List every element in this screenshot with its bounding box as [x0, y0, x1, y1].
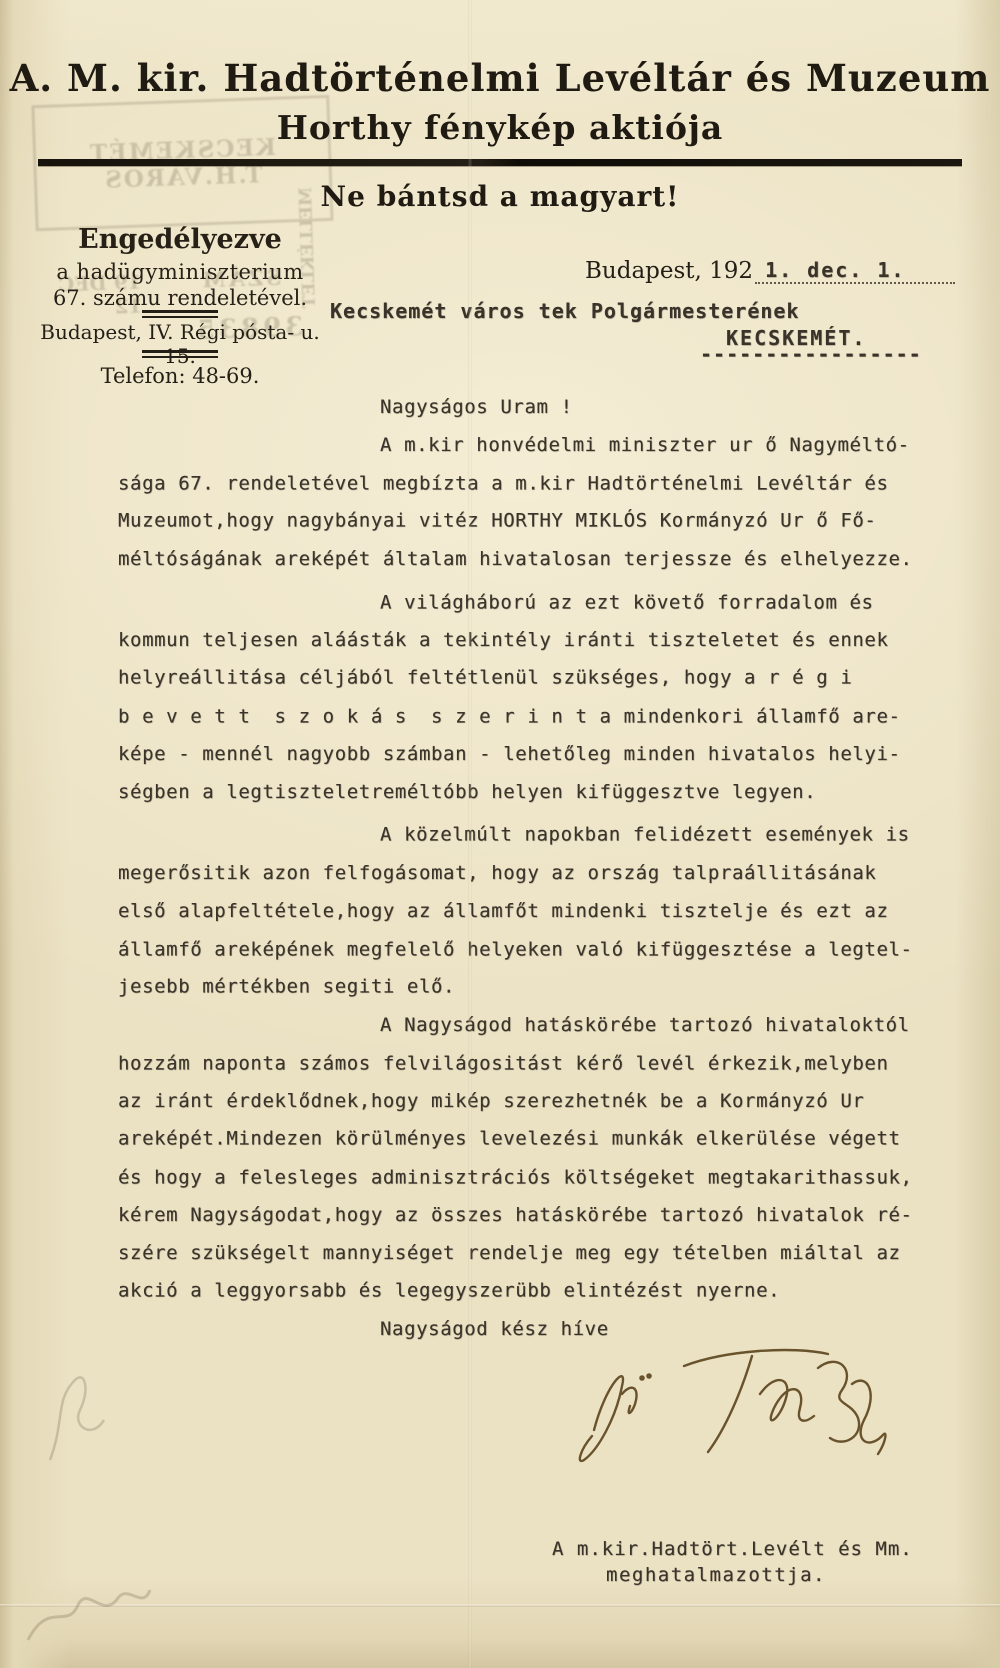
body-line: helyreállitása céljából feltétlenül szük…: [118, 659, 918, 697]
signature-caption-org: A m.kir.Hadtört.Levélt és Mm.: [552, 1538, 913, 1560]
body-line: első alapfeltétele,hogy az államfőt mind…: [118, 892, 918, 930]
body-line: megerősitik azon felfogásomat, hogy az o…: [118, 854, 918, 892]
body-line: A világháború az ezt követő forradalom é…: [118, 584, 918, 622]
dateline-dotted-rule: 1. dec. 1.: [755, 256, 955, 284]
body-line: kérem Nagyságodat,hogy az összes hatáskö…: [118, 1196, 918, 1234]
letterhead-address: Budapest, IV. Régi pósta- u. 15.: [30, 320, 330, 368]
body-line: és hogy a felesleges adminisztrációs köl…: [118, 1159, 918, 1197]
document-page: { "header": { "org": "A. M. kir. Hadtört…: [0, 0, 1000, 1668]
dateline: Budapest, 192 1. dec. 1.: [585, 256, 955, 284]
letterhead-phone: Telefon: 48-69.: [40, 364, 320, 388]
body-line: államfő areképének megfelelő helyeken va…: [118, 931, 918, 969]
body-line: hozzám naponta számos felvilágositást ké…: [118, 1045, 918, 1083]
body-line: az iránt érdeklődnek,hogy mikép szerezhe…: [118, 1082, 918, 1120]
letterhead-authorized: Engedélyezve: [40, 224, 320, 255]
body-line: b e v e t t s z o k á s s z e r i n t a …: [118, 698, 918, 736]
letter-body: Nagyságos Uram ! A m.kir honvédelmi mini…: [118, 388, 918, 1348]
org-title: A. M. kir. Hadtörténelmi Levéltár és Muz…: [0, 56, 1000, 100]
body-line: A közelmúlt napokban felidézett eseménye…: [118, 816, 918, 854]
body-line: Muzeumot,hogy nagybányai vitéz HORTHY MI…: [118, 502, 918, 540]
letterhead-decree: 67. számu rendeletével.: [40, 286, 320, 310]
body-line: A Nagyságod hatáskörébe tartozó hivatalo…: [118, 1006, 918, 1044]
motto: Ne bántsd a magyart!: [0, 180, 1000, 213]
body-line: jesebb mértékben segiti elő.: [118, 968, 918, 1006]
body-line: képe - mennél nagyobb számban - lehetőle…: [118, 735, 918, 773]
pencil-scribble: [18, 1560, 158, 1660]
masthead-rule: [38, 159, 962, 166]
dateline-typed-date: 1. dec. 1.: [765, 258, 905, 282]
letterhead-divider-top: [142, 310, 218, 318]
campaign-title: Horthy fénykép aktiója: [0, 108, 1000, 147]
body-line: ségben a legtiszteletreméltóbb helyen ki…: [118, 773, 918, 811]
salutation: Nagyságos Uram !: [118, 388, 918, 426]
body-line: sága 67. rendeletével megbízta a m.kir H…: [118, 465, 918, 503]
letterhead-divider-bottom: [142, 350, 218, 358]
signature-caption-role: meghatalmazottja.: [606, 1564, 826, 1586]
handwritten-signature: [556, 1332, 896, 1472]
body-line: akció a leggyorsabb és legegyszerübb eli…: [118, 1272, 918, 1310]
body-line: areképét.Mindezen körülményes levelezési…: [118, 1120, 918, 1158]
body-line: méltóságának areképét általam hivatalosa…: [118, 540, 918, 578]
dateline-printed: Budapest, 192: [585, 258, 753, 284]
body-line: A m.kir honvédelmi miniszter ur ő Nagymé…: [118, 426, 918, 464]
recipient-line: Kecskemét város tek Polgármesterének: [330, 299, 799, 323]
body-line: kommun teljesen aláásták a tekintély irá…: [118, 621, 918, 659]
letterhead-ministry: a hadügyminiszterium: [40, 260, 320, 284]
pencil-scribble-2: [30, 1360, 120, 1480]
body-line: szére szükségelt mannyiséget rendelje me…: [118, 1234, 918, 1272]
vertical-fold: [468, 0, 472, 1668]
recipient-underline: -----------------: [700, 342, 922, 366]
